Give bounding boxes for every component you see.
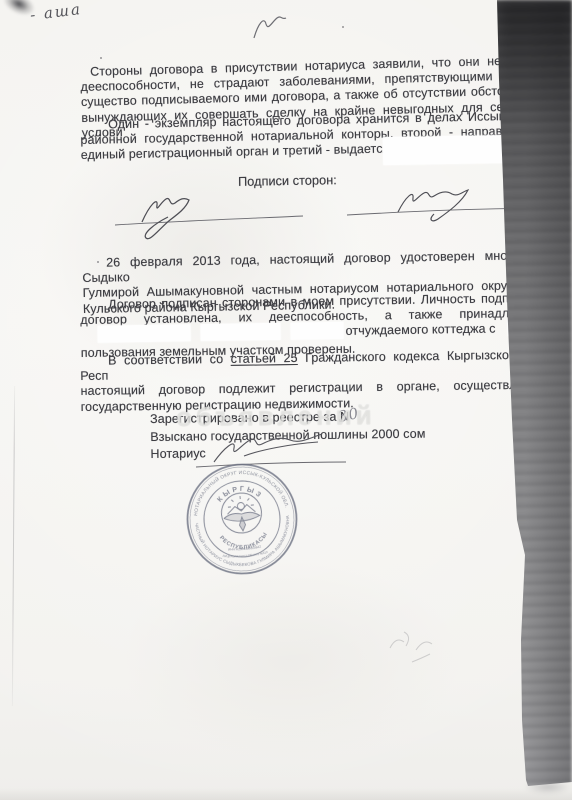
kyrgyz-emblem-icon bbox=[222, 495, 261, 533]
text-line: отчуждаемого коттеджа с bbox=[345, 322, 495, 340]
crease-line bbox=[12, 386, 15, 706]
ink-dot bbox=[342, 26, 344, 28]
pen-check-mark bbox=[254, 17, 286, 38]
pencil-scribble bbox=[390, 632, 432, 662]
signature-line-left bbox=[115, 216, 303, 225]
redaction-box bbox=[290, 322, 343, 340]
stock-photo-watermark: объявлений bbox=[176, 400, 376, 433]
underlined-article-reference: статьей 25 bbox=[231, 351, 298, 366]
paper-shading bbox=[120, 560, 460, 760]
notary-seal: НОТАРИАЛЬНЫЙ ОКРУГ ИССЫК-КУЛЬСКОЙ ОБЛ. Ч… bbox=[179, 456, 305, 582]
signature-left-party bbox=[142, 198, 189, 238]
signature-line-right bbox=[347, 209, 517, 216]
ink-dot bbox=[100, 57, 102, 59]
signatures-heading: Подписи сторон: bbox=[238, 172, 337, 189]
signature-right-party bbox=[398, 190, 468, 221]
text-segment: В соответствии со bbox=[108, 352, 231, 368]
redaction-box bbox=[200, 323, 280, 341]
redaction-box bbox=[383, 135, 517, 165]
paper-bottom-edge bbox=[0, 788, 572, 800]
scanned-document-page: - аша Стороны договора в присутствии нот… bbox=[0, 0, 572, 800]
redaction-box bbox=[97, 325, 190, 343]
